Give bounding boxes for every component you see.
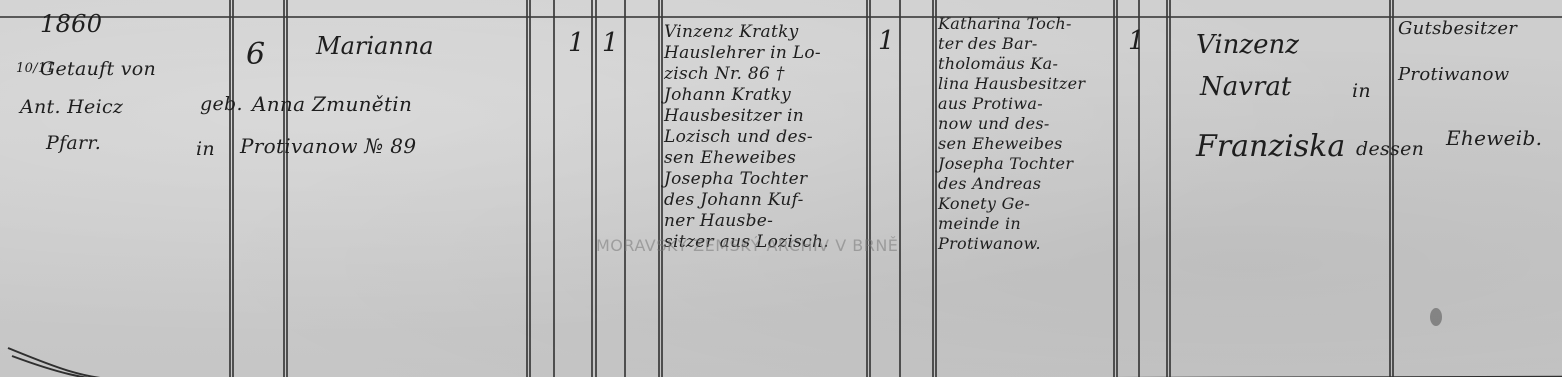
mother-detail-line: aus Protiwa- [938,96,1085,112]
officiant-block: Getauft von [40,60,156,83]
mother-detail-block: Katharina Toch- ter des Bar- tholomäus K… [938,16,1085,256]
birth-note: in [196,140,215,159]
header-rule [0,16,1562,18]
mother-detail-line: des Andreas [938,176,1085,192]
father-line: Johann Kratky [664,87,829,104]
godparent-detail: Gutsbesitzer [1398,20,1517,38]
father-line: Hausbesitzer in [664,108,829,125]
father-mark: 1 [878,28,895,54]
birth-note: geb. [200,95,243,114]
house-number: 6 [246,40,265,70]
godparent-line: Navrat [1200,74,1291,100]
father-line: zisch Nr. 86 † [664,66,829,83]
mother-detail-line: Protiwanow. [938,236,1085,252]
ink-blot [1430,308,1442,326]
mother-detail-line: ter des Bar- [938,36,1085,52]
godparent-line: Franziska [1196,132,1345,162]
father-line: ner Hausbe- [664,213,829,230]
father-line: Lozisch und des- [664,129,829,146]
bottom-flourish-rule [0,300,1562,377]
godparent-line: Vinzenz [1196,32,1299,58]
godparent-connector: dessen [1356,140,1424,159]
father-line: Hauslehrer in Lo- [664,45,829,62]
father-line: Vinzenz Kratky [664,24,829,41]
mother-detail-line: lina Hausbesitzer [938,76,1085,92]
mother-detail-line: Josepha Tochter [938,156,1085,172]
entry-year: 1860 [40,12,102,36]
officiant-line: Getauft von [40,60,156,79]
godparent-detail: Eheweib. [1446,128,1542,148]
officiant-line: Pfarr. [46,134,101,153]
officiant-line: Ant. Heicz [20,98,123,117]
mother-detail-line: Katharina Toch- [938,16,1085,32]
religion-mark: 1 [568,30,585,56]
mother-detail-line: sen Eheweibes [938,136,1085,152]
archive-watermark: MORAVSKÝ ZEMSKÝ ARCHIV V BRNĚ [596,236,898,255]
mother-line: Anna Zmunětin [252,94,412,114]
mother-detail-line: now und des- [938,116,1085,132]
godparent-detail: Protiwanow [1398,66,1510,84]
mother-detail-line: tholomäus Ka- [938,56,1085,72]
mother-detail-line: Konety Ge- [938,196,1085,212]
father-block: Vinzenz Kratky Hauslehrer in Lo- zisch N… [664,24,829,255]
father-line: des Johann Kuf- [664,192,829,209]
mother-detail-line: meinde in [938,216,1085,232]
father-line: Josepha Tochter [664,171,829,188]
child-name: Marianna [316,34,434,58]
mother-mark: 1 [1128,28,1145,54]
godparent-connector: in [1352,82,1371,101]
father-line: sen Eheweibes [664,150,829,167]
religion-mark: 1 [602,30,619,56]
register-page: 1860 10/11 Getauft von Ant. Heicz Pfarr.… [0,0,1562,377]
mother-line: Protivanow № 89 [240,136,416,156]
